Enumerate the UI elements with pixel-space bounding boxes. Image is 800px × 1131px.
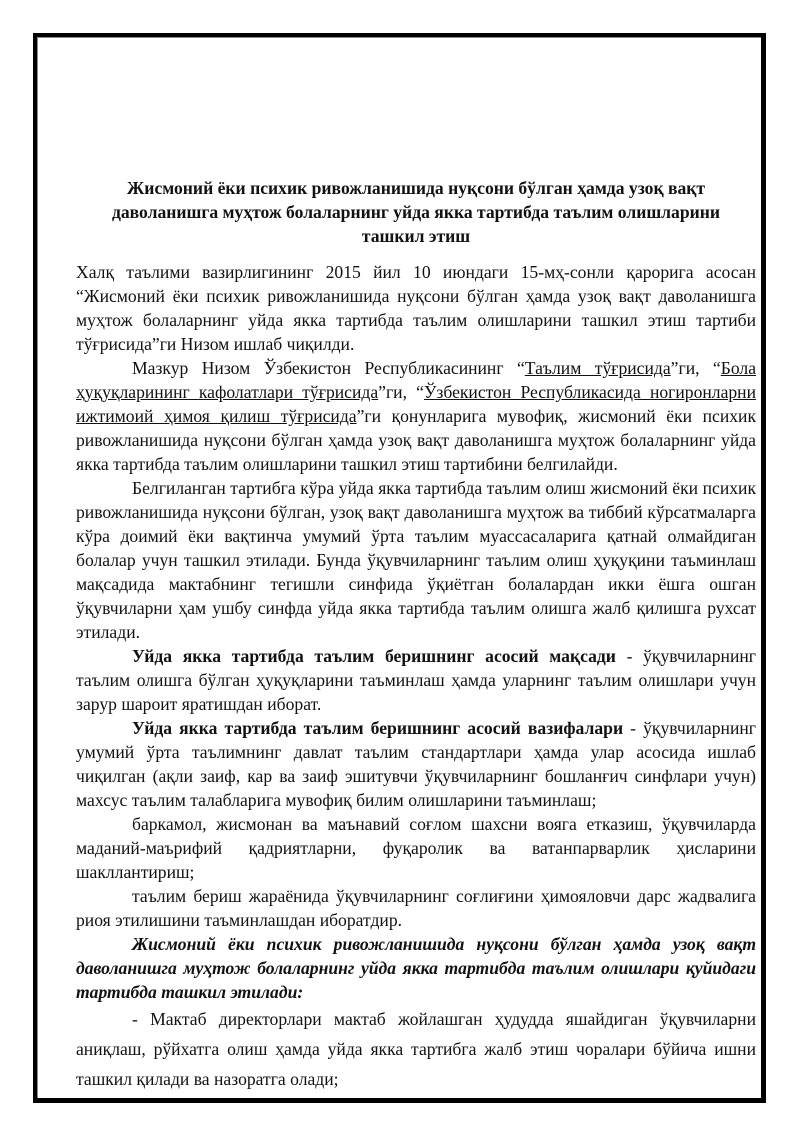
paragraph-legal-basis: Мазкур Низом Ўзбекистон Республикасининг…: [76, 356, 756, 476]
text-span: ”ги, “: [671, 358, 721, 378]
document-body: Жисмоний ёки психик ривожланишида нуқсон…: [76, 176, 756, 1094]
paragraph-intro: Халқ таълими вазирлигининг 2015 йил 10 и…: [76, 260, 756, 356]
paragraph-task-health: таълим бериш жараёнида ўқувчиларнинг соғ…: [76, 884, 756, 932]
paragraph-eligibility: Белгиланган тартибга кўра уйда якка тарт…: [76, 476, 756, 644]
paragraph-directors-duty: - Мактаб директорлари мактаб жойлашган ҳ…: [76, 1004, 756, 1094]
text-span: Мазкур Низом Ўзбекистон Республикасининг…: [132, 358, 525, 378]
main-goal-heading: Уйда якка тартибда таълим беришнинг асос…: [132, 646, 616, 666]
paragraph-task-upbringing: баркамол, жисмонан ва маънавий соғлом ша…: [76, 812, 756, 884]
main-tasks-heading: Уйда якка тартибда таълим беришнинг асос…: [132, 718, 623, 738]
paragraph-main-goal: Уйда якка тартибда таълим беришнинг асос…: [76, 644, 756, 716]
law-link-education[interactable]: Таълим тўғрисида: [525, 358, 671, 378]
paragraph-organization-heading: Жисмоний ёки психик ривожланишида нуқсон…: [76, 932, 756, 1004]
document-title: Жисмоний ёки психик ривожланишида нуқсон…: [76, 176, 756, 248]
paragraph-main-tasks: Уйда якка тартибда таълим беришнинг асос…: [76, 716, 756, 812]
text-span: ”ги, “: [378, 382, 424, 402]
